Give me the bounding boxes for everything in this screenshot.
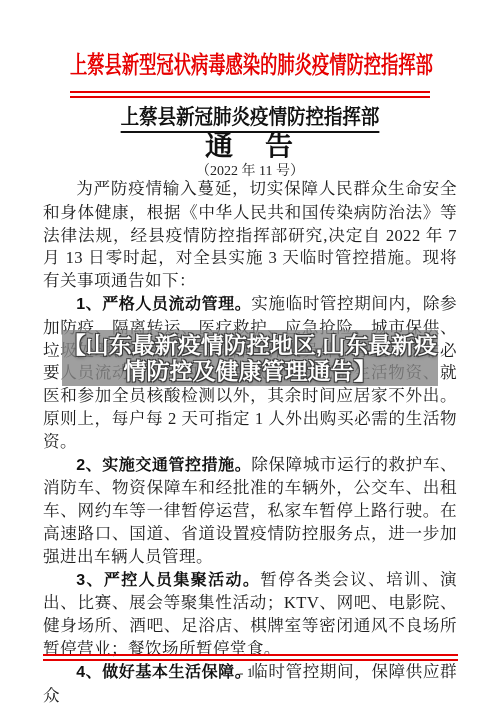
caption-line: 情防控及健康管理通告】	[40, 358, 460, 384]
footer-double-rule	[43, 654, 458, 661]
masthead-double-rule	[70, 91, 430, 98]
notice-paragraph: 为严防疫情输入蔓延，切实保障人民群众生命安全和身体健康，根据《中华人民共和国传染…	[43, 178, 457, 293]
notice-paragraph: 3、严控人员集聚活动。暂停各类会议、培训、演出、比赛、展会等聚集性活动；KTV、…	[43, 569, 457, 661]
caption-line: 【山东最新疫情防控地区,山东最新疫	[40, 332, 460, 358]
paragraph-lead: 3、严控人员集聚活动。	[76, 572, 260, 589]
document-org-title-wrap: 上蔡县新冠肺炎疫情防控指挥部	[0, 104, 500, 133]
notice-paragraph: 2、实施交通管控措施。除保障城市运行的救护车、消防车、物资保障车和经批准的车辆外…	[43, 454, 457, 569]
document-body: 为严防疫情输入蔓延，切实保障人民群众生命安全和身体健康，根据《中华人民共和国传染…	[43, 178, 457, 706]
paragraph-text: 为严防疫情输入蔓延，切实保障人民群众生命安全和身体健康，根据《中华人民共和国传染…	[43, 179, 457, 290]
masthead-title: 上蔡县新型冠状病毒感染的肺炎疫情防控指挥部	[70, 52, 430, 80]
document-org-title: 上蔡县新冠肺炎疫情防控指挥部	[121, 104, 380, 133]
document-type-title: 通 告	[0, 131, 500, 163]
paragraph-lead: 2、实施交通管控措施。	[76, 457, 251, 474]
caption-overlay-band: 【山东最新疫情防控地区,山东最新疫 情防控及健康管理通告】	[62, 330, 438, 386]
notice-page: 上蔡县新型冠状病毒感染的肺炎疫情防控指挥部 上蔡县新冠肺炎疫情防控指挥部 通 告…	[0, 0, 500, 706]
paragraph-lead: 1、严格人员流动管理。	[76, 296, 251, 313]
caption-overlay-text: 【山东最新疫情防控地区,山东最新疫 情防控及健康管理通告】	[40, 332, 460, 384]
page-number: - 1 -	[0, 665, 500, 681]
